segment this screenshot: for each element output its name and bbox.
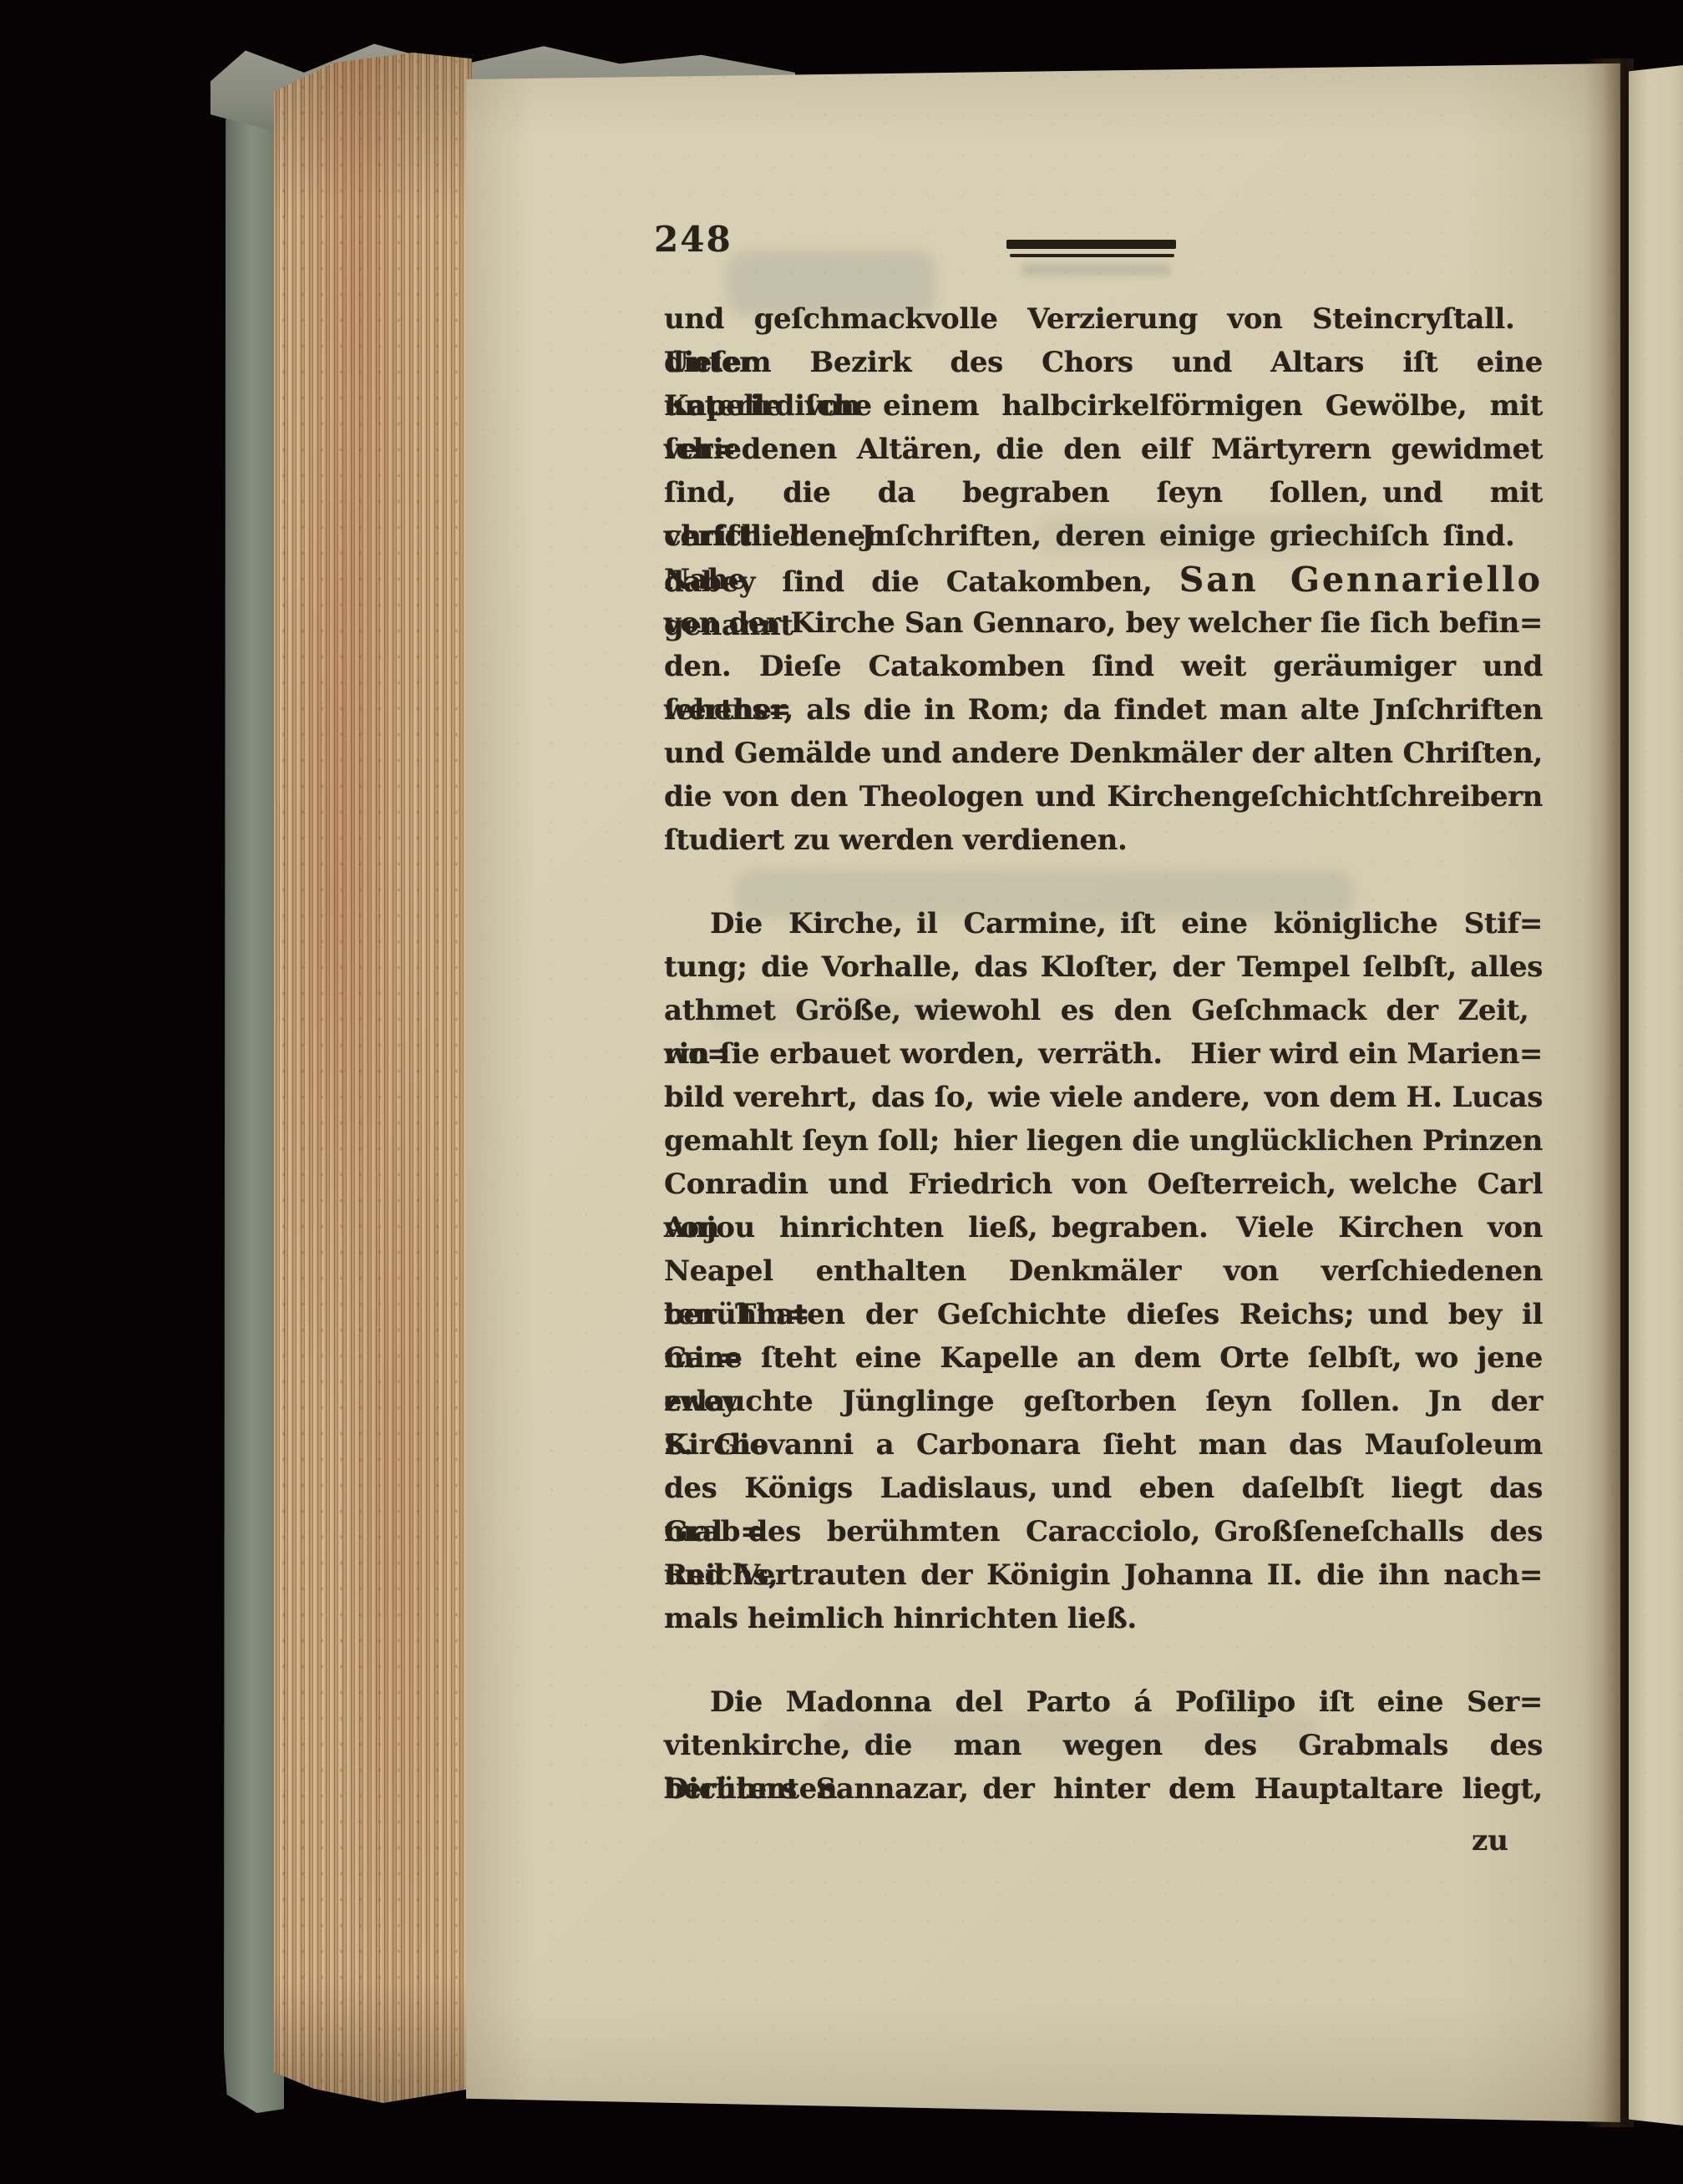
text-line: chriſtlichen Jnſchriften, deren einige g… [664,514,1543,558]
facing-page-edge [1629,65,1683,2126]
text-line: S. Giovanni a Carbonara ſieht man das Ma… [664,1423,1543,1467]
text-line: dieſem Bezirk des Chors und Altars iſt e… [664,341,1543,384]
text-line: dabey ſind die Catakomben, San Gennariel… [664,558,1543,601]
emphasized-text: San Gennariello [1179,560,1543,600]
text-line: erlauchte Jünglinge geſtorben ſeyn ſolle… [664,1380,1543,1423]
text-line: werther, als die in Rom; da findet man a… [664,688,1543,732]
text-line: den. Dieſe Catakomben ſind weit geräumig… [664,645,1543,688]
text-line: Dichters Sannazar, der hinter dem Haupta… [664,1767,1543,1811]
text-line: und Vertrauten der Königin Johanna II. d… [664,1553,1543,1597]
page-number: 248 [654,219,733,260]
text-line: Die Madonna del Parto á Poſilipo iſt ein… [664,1680,1543,1724]
text-line: mal des berühmten Caracciolo, Großſeneſc… [664,1510,1543,1553]
text-line: ſtudiert zu werden verdienen. [664,818,1543,862]
text-line: Conradin und Friedrich von Oeſterreich, … [664,1163,1543,1206]
text-line: von der Kirche San Gennaro, bey welcher … [664,601,1543,645]
text-line: athmet Größe, wiewohl es den Geſchmack d… [664,989,1543,1032]
text-line: und Gemälde und andere Denkmäler der alt… [664,732,1543,775]
text-line: und geſchmackvolle Verzierung von Steinc… [664,297,1543,341]
paragraph: und geſchmackvolle Verzierung von Steinc… [664,297,1543,862]
text-line: rin ſie erbauet worden, verräth. Hier wi… [664,1032,1543,1076]
text-line: die von den Theologen und Kirchengeſchic… [664,775,1543,818]
text-line: Anjou hinrichten ließ, begraben. Viele K… [664,1206,1543,1249]
text-line: Kapelle von einem halbcirkelförmigen Gew… [664,384,1543,428]
page-stack-fore-edge [274,48,472,2103]
paragraph: Die Kirche, il Carmine, iſt eine königli… [664,902,1543,1640]
text-line: gemahlt ſeyn ſoll; hier liegen die unglü… [664,1119,1543,1163]
text-line: Die Kirche, il Carmine, iſt eine königli… [664,902,1543,945]
header-rule-thick [1006,240,1176,249]
book-scan: 248 und geſchmackvolle Verzierung von St… [0,0,1683,2184]
paragraph: Die Madonna del Parto á Poſilipo iſt ein… [664,1680,1543,1811]
text-line: tung; die Vorhalle, das Kloſter, der Tem… [664,945,1543,989]
text-line: Neapel enthalten Denkmäler von verſchied… [664,1249,1543,1293]
text-line: mine ſteht eine Kapelle an dem Orte ſelb… [664,1336,1543,1380]
text-line: ſind, die da begraben ſeyn ſollen, und m… [664,471,1543,514]
header-rule-thin [1010,254,1174,257]
text-line: ſchiedenen Altären, die den eilf Märtyre… [664,428,1543,471]
catchword: zu [1472,1824,1508,1857]
text-line: ten Thaten der Geſchichte dieſes Reichs;… [664,1293,1543,1336]
text-line: mals heimlich hinrichten ließ. [664,1597,1543,1640]
text-line: bild verehrt, das ſo, wie viele andere, … [664,1076,1543,1119]
text-block: und geſchmackvolle Verzierung von Steinc… [664,297,1543,1811]
text-line: vitenkirche, die man wegen des Grabmals … [664,1724,1543,1767]
text-line: des Königs Ladislaus, und eben daſelbſt … [664,1467,1543,1510]
